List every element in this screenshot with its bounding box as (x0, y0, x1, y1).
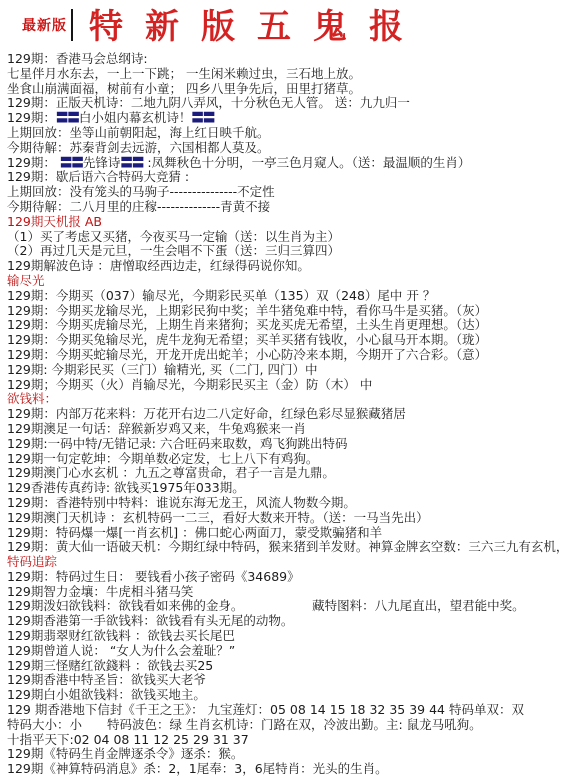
text-line: 输尽光 (7, 274, 562, 289)
text-segment: 129期： (7, 156, 60, 170)
bar-glyphs: 〓〓 (120, 156, 143, 170)
text-line: 上期回放：坐等山前朝阳起，海上红日映千航。 (7, 126, 562, 141)
text-segment: 129期： (7, 111, 56, 125)
text-line: 129期：今期买兔输尽光，虎牛龙狗无希望；买羊买猪有钱收，小心鼠马开本期。（珑） (7, 333, 562, 348)
text-line: 129期：今期买虎输尽光，上期生肖来猪狗；买龙买虎无希望，土头生肖更理想。（达） (7, 318, 562, 333)
text-line: 坐食山崩满面福，树前有小童； 四乡八里争先后，田里打猪草。 (7, 82, 562, 97)
text-line: 129期：黄大仙一语破天机：今期红绿中特码，猴来猪到羊发财。神算金牌玄空数：三六… (7, 540, 562, 555)
flyer-page: 最新版 特新版五鬼报 129期：香港马会总纲诗:七星伴月水东去，一上一下跳； 一… (0, 0, 564, 782)
bar-glyphs: 〓〓 (191, 111, 214, 125)
text-line: 129 期香港地下信封《千王之王》： 九宝莲灯：05 08 14 15 18 3… (7, 703, 562, 718)
text-line: 十指平天下:02 04 08 11 12 25 29 31 37 (7, 733, 562, 748)
text-line: 特码大小：小 特码波色：绿 生肖玄机诗：门路在双，冷波出勤。主: 鼠龙马吼狗。 (7, 718, 562, 733)
text-line: 129期澳门心水玄机 ：九五之尊富贵命，君子一言是九鼎。 (7, 466, 562, 481)
text-segment: :凤舞秋色十分明，一亭三色月窥人。（送：最温顺的生肖） (143, 156, 470, 170)
bar-glyphs: 〓〓 (60, 156, 83, 170)
text-segment: 白小姐内幕玄机诗！ (79, 111, 192, 125)
text-line: 129期香港第一手欲钱料：欲钱看有头无尾的动物。 (7, 614, 562, 629)
text-line: 七星伴月水东去，一上一下跳； 一生闲米赖过虫，三石地上放。 (7, 67, 562, 82)
text-line: 上期回放：没有笼头的马驹子---------------不定性 (7, 185, 562, 200)
text-line: 129期：内部万花来料：万花开右边二八定好命，红绿色彩尽显猴藏猪居 (7, 407, 562, 422)
text-line: 129期曾道人说： “女人为什么会羞耻？” (7, 644, 562, 659)
text-line: 129期天机报 AB (7, 215, 562, 230)
text-line: 129期：正版天机诗：二地九阴八弄风，十分秋色无人管。 送：九九归一 (7, 96, 562, 111)
text-line: 129期：今期买龙输尽光，上期彩民狗中奖；羊牛猪兔难中特，看你马牛是买猪。（灰） (7, 304, 562, 319)
text-line: 今期待解：苏秦背剑去远游，六国相都人莫及。 (7, 141, 562, 156)
text-line: 特码追踪 (7, 555, 562, 570)
text-line: 129期澳足一句话：辞猴新岁鸡又来，牛兔鸡猴来一肖 (7, 422, 562, 437)
masthead-divider (71, 9, 73, 41)
text-line: 129期：歇后语六合特码大竞猜 : (7, 170, 562, 185)
text-line: 129期；今期买（火）肖输尽光，今期彩民买主（金）防（木） 中 (7, 378, 562, 393)
text-line: 129期：今期买蛇输尽光，开龙开虎出蛇羊；小心防冷来本期，今期开了六合彩。（意） (7, 348, 562, 363)
text-line: 129期泼妇欲钱料：欲钱看如来佛的金身。 藏特图料：八九尾直出，望君能中奖。 (7, 599, 562, 614)
text-line: 129期：香港特别中特料：谁说东海无龙王，风流人物数今期。 (7, 496, 562, 511)
text-line: 129期澳门天机诗 ：玄机特码一二三，看好大数来开特。（送：一马当先出） (7, 511, 562, 526)
text-line: 129期三怪赌红欲錢料 ：欲钱去买25 (7, 659, 562, 674)
text-line: 129期： 〓〓先锋诗〓〓 :凤舞秋色十分明，一亭三色月窥人。（送：最温顺的生肖… (7, 156, 562, 171)
text-line: 129期解波色诗 ：唐憎取经西边走，红绿得码说你知。 (7, 259, 562, 274)
text-line: 129期:一码中特/无错记录: 六合旺码来取数，鸡飞狗跳出特码 (7, 437, 562, 452)
text-line: 129期：特码爆一爆[一肖玄机] ：佛口蛇心两面刀，蒙受欺骗猪和羊 (7, 526, 562, 541)
text-line: 129期一句定乾坤：今期单数必定发，七上八下有鸡狗。 (7, 452, 562, 467)
text-line: 129期: 今期彩民买（三门）输精光, 买（二门, 四门）中 (7, 363, 562, 378)
edition-badge: 最新版 (22, 15, 67, 35)
text-line: （2）再过几天是元旦，一生会唱不下蛋（送：三归三算四） (7, 244, 562, 259)
text-line: 欲钱料： (7, 392, 562, 407)
text-line: 129期白小姐欲钱料：欲钱买地主。 (7, 688, 562, 703)
text-line: 129期智力金壤：牛虎相斗猪马笑 (7, 585, 562, 600)
text-line: 129期《神算特码消息》杀：2，1尾奉：3，6尾特肖：光头的生肖。 (7, 762, 562, 777)
text-line: 今期待解：二八月里的庄稼--------------青黄不接 (7, 200, 562, 215)
text-line: 129期：〓〓白小姐内幕玄机诗！〓〓 (7, 111, 562, 126)
text-line: 129期：今期买（037）输尽光，今期彩民买单（135）双（248）尾中 开 ？ (7, 289, 562, 304)
text-line: 129香港传真药诗: 欲钱买1975年033期。 (7, 481, 562, 496)
bar-glyphs: 〓〓 (56, 111, 79, 125)
text-line: （1）买了考虑又买猪，今夜买马一定输（送：以生肖为主） (7, 230, 562, 245)
text-segment: 先锋诗 (83, 156, 121, 170)
text-line: 129期：特码过生日： 要钱看小孩子密码《34689》 (7, 570, 562, 585)
masthead: 最新版 特新版五鬼报 (0, 0, 564, 50)
text-line: 129期：香港马会总纲诗: (7, 52, 562, 67)
content-lines: 129期：香港马会总纲诗:七星伴月水东去，一上一下跳； 一生闲米赖过虫，三石地上… (0, 50, 564, 777)
page-title: 特新版五鬼报 (89, 0, 425, 48)
text-line: 129期翡翠财红欲钱料 ：欲钱去买长尾巴 (7, 629, 562, 644)
text-line: 129期香港中特圣旨：欲钱买大老爷 (7, 673, 562, 688)
text-line: 129期《特码生肖金牌逐杀令》逐杀：猴。 (7, 747, 562, 762)
